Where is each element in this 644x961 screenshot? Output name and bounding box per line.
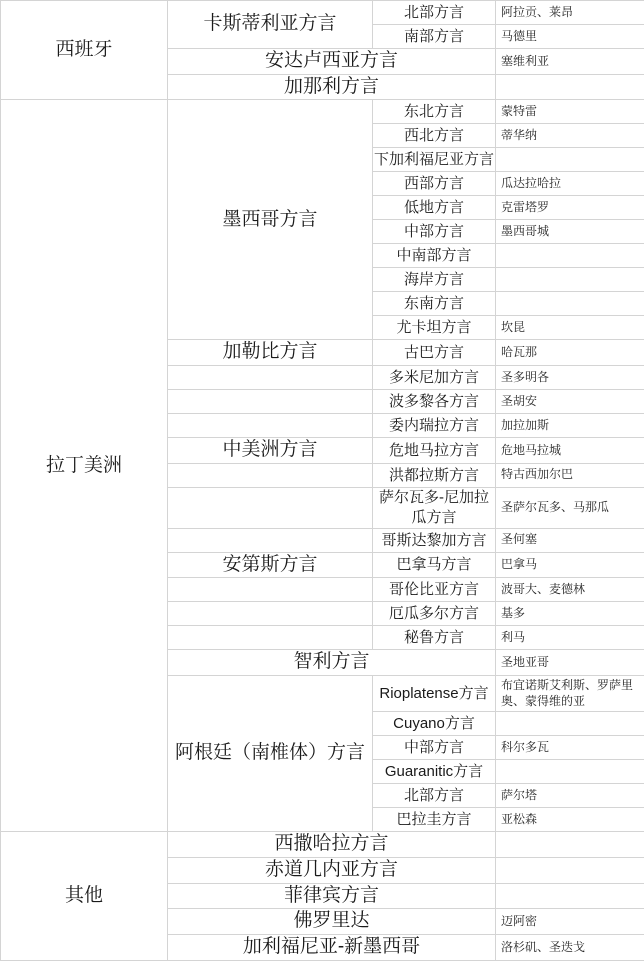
empty-cell [168, 528, 373, 552]
sub-dialect-cell: 厄瓜多尔方言 [373, 602, 496, 626]
empty-cell [496, 74, 644, 100]
dialect-group-cell: 加那利方言 [168, 74, 496, 100]
sub-dialect-cell: 中部方言 [373, 220, 496, 244]
sub-dialect-cell: 中部方言 [373, 736, 496, 760]
dialect-group-cell: 安达卢西亚方言 [168, 49, 496, 75]
empty-cell [496, 760, 644, 784]
empty-cell [168, 414, 373, 438]
cities-cell: 特古西加尔巴 [496, 463, 644, 487]
sub-dialect-cell: 低地方言 [373, 196, 496, 220]
cities-cell: 圣地亚哥 [496, 650, 644, 676]
empty-cell [168, 487, 373, 528]
cities-cell: 迈阿密 [496, 909, 644, 935]
cities-cell: 萨尔塔 [496, 784, 644, 808]
cities-cell: 瓜达拉哈拉 [496, 172, 644, 196]
cities-cell: 危地马拉城 [496, 438, 644, 464]
sub-dialect-cell: 洪都拉斯方言 [373, 463, 496, 487]
table-row: 其他西撒哈拉方言 [1, 832, 644, 858]
sub-dialect-cell: 哥伦比亚方言 [373, 578, 496, 602]
region-cell: 西班牙 [1, 1, 168, 100]
sub-dialect-cell: 尤卡坦方言 [373, 316, 496, 340]
cities-cell: 波哥大、麦德林 [496, 578, 644, 602]
sub-dialect-cell: 哥斯达黎加方言 [373, 528, 496, 552]
empty-cell [496, 268, 644, 292]
cities-cell: 蒙特雷 [496, 100, 644, 124]
cities-cell: 墨西哥城 [496, 220, 644, 244]
empty-cell [496, 858, 644, 884]
sub-dialect-cell: 秘鲁方言 [373, 626, 496, 650]
empty-cell [496, 712, 644, 736]
dialect-group-cell: 加勒比方言 [168, 340, 373, 366]
cities-cell: 圣胡安 [496, 390, 644, 414]
dialect-group-cell: 安第斯方言 [168, 552, 373, 578]
sub-dialect-cell: 海岸方言 [373, 268, 496, 292]
dialect-group-cell: 加利福尼亚-新墨西哥 [168, 935, 496, 961]
sub-dialect-cell: Guaranitic方言 [373, 760, 496, 784]
empty-cell [168, 390, 373, 414]
dialect-group-cell: 智利方言 [168, 650, 496, 676]
cities-cell: 马德里 [496, 25, 644, 49]
sub-dialect-cell: 东北方言 [373, 100, 496, 124]
sub-dialect-cell: Rioplatense方言 [373, 676, 496, 712]
dialect-group-cell: 菲律宾方言 [168, 883, 496, 909]
sub-dialect-cell: 多米尼加方言 [373, 366, 496, 390]
cities-cell: 蒂华纳 [496, 124, 644, 148]
empty-cell [496, 148, 644, 172]
empty-cell [496, 292, 644, 316]
cities-cell: 克雷塔罗 [496, 196, 644, 220]
dialect-group-cell: 阿根廷（南椎体）方言 [168, 676, 373, 832]
sub-dialect-cell: 东南方言 [373, 292, 496, 316]
sub-dialect-cell: 萨尔瓦多-尼加拉瓜方言 [373, 487, 496, 528]
sub-dialect-cell: 波多黎各方言 [373, 390, 496, 414]
sub-dialect-cell: 巴拉圭方言 [373, 808, 496, 832]
cities-cell: 圣萨尔瓦多、马那瓜 [496, 487, 644, 528]
dialect-group-cell: 卡斯蒂利亚方言 [168, 1, 373, 49]
cities-cell: 洛杉矶、圣迭戈 [496, 935, 644, 961]
empty-cell [168, 366, 373, 390]
sub-dialect-cell: 委内瑞拉方言 [373, 414, 496, 438]
dialect-table-body: 西班牙卡斯蒂利亚方言北部方言阿拉贡、莱昂南部方言马德里安达卢西亚方言塞维利亚加那… [1, 1, 644, 961]
empty-cell [496, 832, 644, 858]
sub-dialect-cell: 北部方言 [373, 1, 496, 25]
dialect-table: 西班牙卡斯蒂利亚方言北部方言阿拉贡、莱昂南部方言马德里安达卢西亚方言塞维利亚加那… [0, 0, 644, 961]
empty-cell [168, 578, 373, 602]
dialect-group-cell: 佛罗里达 [168, 909, 496, 935]
sub-dialect-cell: 巴拿马方言 [373, 552, 496, 578]
cities-cell: 坎昆 [496, 316, 644, 340]
cities-cell: 布宜诺斯艾利斯、罗萨里奥、蒙得维的亚 [496, 676, 644, 712]
sub-dialect-cell: 下加利福尼亚方言 [373, 148, 496, 172]
cities-cell: 哈瓦那 [496, 340, 644, 366]
cities-cell: 阿拉贡、莱昂 [496, 1, 644, 25]
cities-cell: 亚松森 [496, 808, 644, 832]
sub-dialect-cell: 西北方言 [373, 124, 496, 148]
empty-cell [168, 602, 373, 626]
cities-cell: 巴拿马 [496, 552, 644, 578]
sub-dialect-cell: 中南部方言 [373, 244, 496, 268]
table-row: 西班牙卡斯蒂利亚方言北部方言阿拉贡、莱昂 [1, 1, 644, 25]
cities-cell: 利马 [496, 626, 644, 650]
page: { "colors": { "border": "#d4d4d4", "text… [0, 0, 644, 961]
sub-dialect-cell: 北部方言 [373, 784, 496, 808]
sub-dialect-cell: 南部方言 [373, 25, 496, 49]
empty-cell [168, 463, 373, 487]
region-cell: 拉丁美洲 [1, 100, 168, 832]
sub-dialect-cell: 西部方言 [373, 172, 496, 196]
cities-cell: 圣多明各 [496, 366, 644, 390]
empty-cell [496, 244, 644, 268]
sub-dialect-cell: 古巴方言 [373, 340, 496, 366]
dialect-group-cell: 墨西哥方言 [168, 100, 373, 340]
cities-cell: 圣何塞 [496, 528, 644, 552]
region-cell: 其他 [1, 832, 168, 960]
empty-cell [496, 883, 644, 909]
cities-cell: 塞维利亚 [496, 49, 644, 75]
dialect-group-cell: 西撒哈拉方言 [168, 832, 496, 858]
cities-cell: 加拉加斯 [496, 414, 644, 438]
cities-cell: 科尔多瓦 [496, 736, 644, 760]
dialect-group-cell: 中美洲方言 [168, 438, 373, 464]
cities-cell: 基多 [496, 602, 644, 626]
sub-dialect-cell: Cuyano方言 [373, 712, 496, 736]
sub-dialect-cell: 危地马拉方言 [373, 438, 496, 464]
dialect-group-cell: 赤道几内亚方言 [168, 858, 496, 884]
empty-cell [168, 626, 373, 650]
table-row: 拉丁美洲墨西哥方言东北方言蒙特雷 [1, 100, 644, 124]
